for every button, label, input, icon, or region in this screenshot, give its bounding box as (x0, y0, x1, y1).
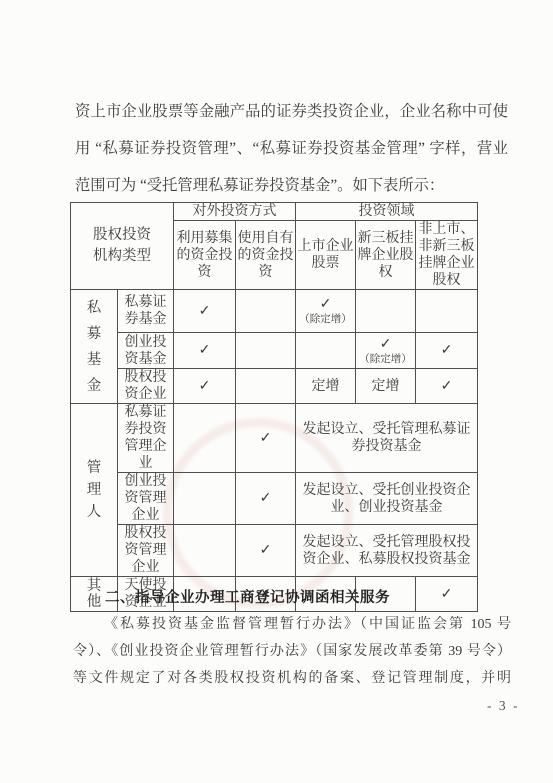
col-header-unlisted-equity: 非上市、非新三板挂牌企业股权 (416, 221, 478, 290)
col-header-raised-funds: 利用募集的资金投资 (174, 221, 236, 290)
text-line: 范围可为 “受托管理私募证券投资基金”。如下表所示： (75, 167, 508, 204)
check-mark-with-note: ✓ （除定增） (356, 333, 416, 369)
table-row: 私募基金 私募证券基金 ✓ ✓ （除定增） (71, 290, 478, 333)
corner-label: 股权投资机构类型 (93, 225, 151, 267)
type-cell: 私募证券投资管理企业 (118, 404, 174, 473)
note-text: （除定增） (296, 314, 355, 326)
row-group-label: 管理人 (87, 457, 102, 523)
col-group-field: 投资领域 (296, 203, 478, 221)
check-mark: ✓ (236, 473, 296, 525)
check-mark-with-note: ✓ （除定增） (296, 290, 356, 333)
table-row: 股权投资管理企业 ✓ 发起设立、受托管理股权投资企业、私募股权投资基金 (71, 525, 478, 577)
col-header-listed-stock: 上市企业股票 (296, 221, 356, 290)
type-cell: 私募证券基金 (118, 290, 174, 333)
type-cell: 股权投资企业 (118, 369, 174, 404)
check-mark: ✓ (174, 290, 236, 333)
corner-header-cell: 股权投资机构类型 (71, 203, 174, 290)
empty-cell (236, 290, 296, 333)
col-header-neeq-equity: 新三板挂牌企业股权 (356, 221, 416, 290)
page-number: - 3 - (487, 698, 520, 714)
check-mark: ✓ (236, 525, 296, 577)
check-mark: ✓ (296, 296, 355, 313)
col-group-method: 对外投资方式 (174, 203, 296, 221)
text-line: 资上市企业股票等金融产品的证券类投资企业，企业名称中可使 (75, 93, 508, 130)
table-row: 创业投资管理企业 ✓ 发起设立、受托创业投资企业、创业投资基金 (71, 473, 478, 525)
row-group-manager: 管理人 (71, 404, 118, 577)
table-row: 创业投资基金 ✓ ✓ （除定增） ✓ (71, 333, 478, 369)
col-header-own-funds: 使用自有的资金投资 (236, 221, 296, 290)
section-heading: 二、指导企业办理工商登记协调函相关服务 (105, 586, 390, 607)
value-cell: 定增 (296, 369, 356, 404)
text-line: 《私募投资基金监督管理暂行办法》（中国证监会第 105 号 (73, 611, 511, 638)
type-cell: 股权投资管理企业 (118, 525, 174, 577)
row-group-label: 私募基金 (87, 295, 102, 399)
check-mark: ✓ (174, 369, 236, 404)
investment-permission-table: 股权投资机构类型 对外投资方式 投资领域 利用募集的资金投资 使用自有的资金投资… (70, 202, 478, 612)
text-line: 等文件规定了对各类股权投资机构的备案、登记管理制度，并明 (73, 665, 511, 692)
empty-cell (296, 333, 356, 369)
empty-cell (174, 404, 236, 473)
value-cell: 定增 (356, 369, 416, 404)
intro-paragraph: 资上市企业股票等金融产品的证券类投资企业，企业名称中可使 用 “私募证券投资管理… (75, 93, 508, 204)
table-row: 股权投资企业 ✓ 定增 定增 ✓ (71, 369, 478, 404)
empty-cell (356, 290, 416, 333)
text-line: 用 “私募证券投资管理”、“私募证券投资基金管理” 字样，营业 (75, 130, 508, 167)
body-paragraph: 《私募投资基金监督管理暂行办法》（中国证监会第 105 号 令）、《创业投资企业… (73, 611, 511, 692)
check-mark: ✓ (236, 404, 296, 473)
empty-cell (416, 290, 478, 333)
check-mark: ✓ (416, 333, 478, 369)
document-page: 资上市企业股票等金融产品的证券类投资企业，企业名称中可使 用 “私募证券投资管理… (0, 0, 553, 783)
empty-cell (174, 525, 236, 577)
type-cell: 创业投资基金 (118, 333, 174, 369)
check-mark: ✓ (356, 336, 415, 353)
empty-cell (174, 473, 236, 525)
scope-cell: 发起设立、受托创业投资企业、创业投资基金 (296, 473, 478, 525)
check-mark: ✓ (174, 333, 236, 369)
empty-cell (236, 333, 296, 369)
table-row: 管理人 私募证券投资管理企业 ✓ 发起设立、受托管理私募证券投资基金 (71, 404, 478, 473)
scope-cell: 发起设立、受托管理私募证券投资基金 (296, 404, 478, 473)
scope-cell: 发起设立、受托管理股权投资企业、私募股权投资基金 (296, 525, 478, 577)
empty-cell (236, 369, 296, 404)
type-cell: 创业投资管理企业 (118, 473, 174, 525)
text-line: 令）、《创业投资企业管理暂行办法》（国家发展改革委第 39 号令） (73, 638, 511, 665)
row-group-label: 其他 (87, 578, 102, 610)
row-group-private-fund: 私募基金 (71, 290, 118, 404)
note-text: （除定增） (356, 354, 415, 366)
check-mark: ✓ (416, 369, 478, 404)
check-mark: ✓ (416, 577, 478, 612)
